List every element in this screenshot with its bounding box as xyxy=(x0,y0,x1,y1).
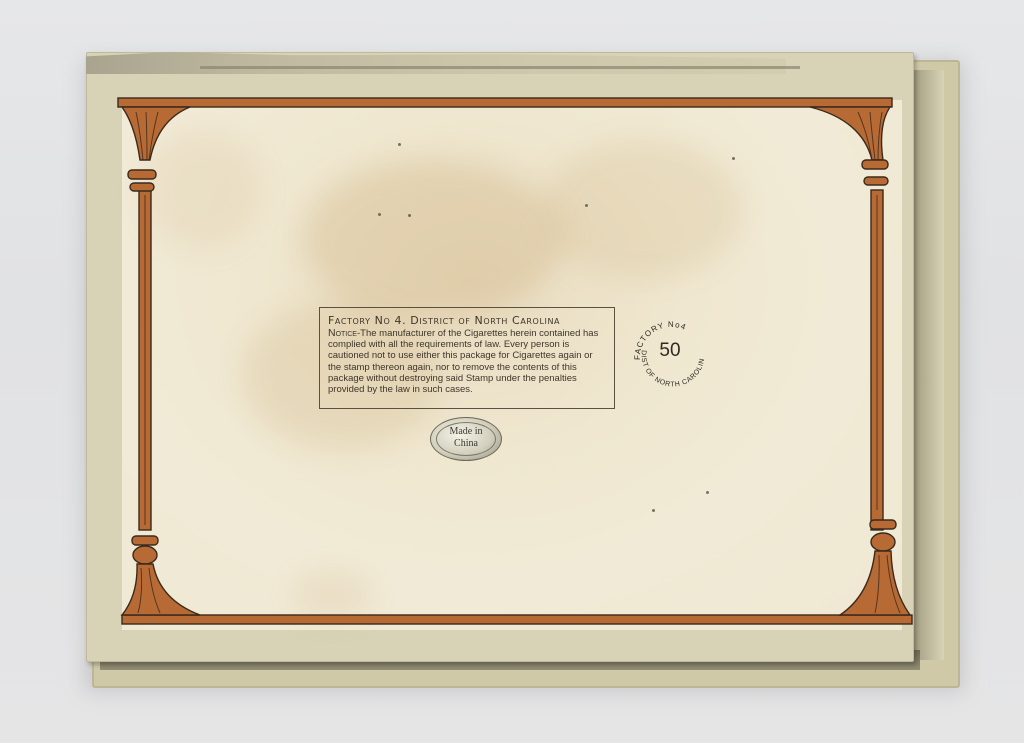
made-in-china-sticker: Made in China xyxy=(430,417,502,461)
notice-box: Factory No 4. District of North Carolina… xyxy=(319,307,615,409)
dirt-speck xyxy=(398,143,401,146)
notice-text: -The manufacturer of the Cigarettes here… xyxy=(328,328,598,395)
lid-wear-line xyxy=(200,66,800,69)
dirt-speck xyxy=(732,157,735,160)
notice-body: Notice-The manufacturer of the Cigarette… xyxy=(328,328,606,395)
dirt-speck xyxy=(378,213,381,216)
dirt-speck xyxy=(706,491,709,494)
sticker-text: Made in China xyxy=(431,426,501,450)
dirt-speck xyxy=(652,509,655,512)
tax-stamp: FACTORY No4 DIST OF NORTH CAROLINA 50 xyxy=(632,320,712,394)
stamp-number: 50 xyxy=(632,340,708,362)
dirt-speck xyxy=(585,204,588,207)
sticker-line2: China xyxy=(431,438,501,450)
dirt-speck xyxy=(408,214,411,217)
sticker-line1: Made in xyxy=(431,426,501,438)
notice-title: Factory No 4. District of North Carolina xyxy=(328,314,606,327)
notice-lead: Notice xyxy=(328,327,357,339)
